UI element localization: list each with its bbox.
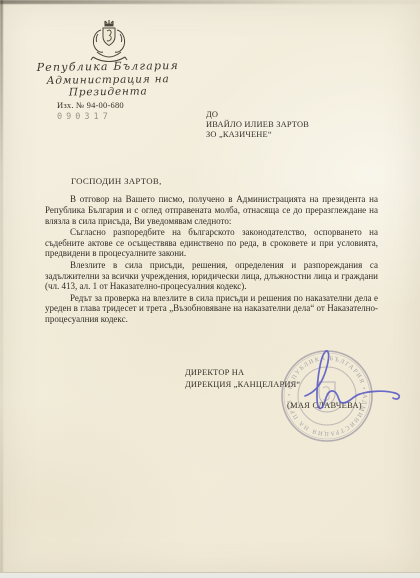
outgoing-reference-number: Изх. № 94-00-680: [57, 100, 124, 110]
paragraph-1: В отговор на Вашето писмо, получено в Ад…: [45, 194, 378, 226]
scan-top-edge: [0, 0, 420, 4]
signatory-title-line2: ДИРЕКЦИЯ „КАНЦЕЛАРИЯ“: [185, 379, 300, 391]
paragraph-4: Редът за проверка на влезлите в сила при…: [45, 293, 378, 325]
registry-stamped-number: 090317: [57, 112, 112, 122]
handwritten-signature: [293, 344, 408, 416]
letterhead: Република България Администрация на През…: [8, 59, 209, 100]
signatory-title: ДИРЕКТОР НА ДИРЕКЦИЯ „КАНЦЕЛАРИЯ“: [185, 367, 300, 390]
salutation: ГОСПОДИН ЗАРТОВ,: [71, 176, 162, 186]
paragraph-3: Влезлите в сила присъди, решения, опреде…: [45, 260, 378, 292]
letterhead-country: Република България: [8, 59, 208, 75]
letterhead-institution: Администрация на Президента: [8, 73, 208, 100]
recipient-block: ДО ИВАЙЛО ИЛИЕВ ЗАРТОВ ЗО „КАЗИЧЕНЕ“: [206, 110, 309, 139]
recipient-location: ЗО „КАЗИЧЕНЕ“: [206, 130, 309, 140]
recipient-to: ДО: [206, 110, 309, 120]
scan-bottom-edge: [0, 572, 420, 578]
letter-body: В отговор на Вашето писмо, получено в Ад…: [45, 194, 378, 326]
scan-left-edge: [0, 0, 3, 578]
paragraph-2: Съгласно разпоредбите на българското зак…: [45, 227, 378, 259]
bulgarian-coat-of-arms-icon: [84, 18, 134, 65]
scanned-letter-page: Република България Администрация на През…: [0, 0, 420, 578]
signatory-title-line1: ДИРЕКТОР НА: [185, 367, 300, 379]
recipient-name: ИВАЙЛО ИЛИЕВ ЗАРТОВ: [206, 120, 309, 130]
